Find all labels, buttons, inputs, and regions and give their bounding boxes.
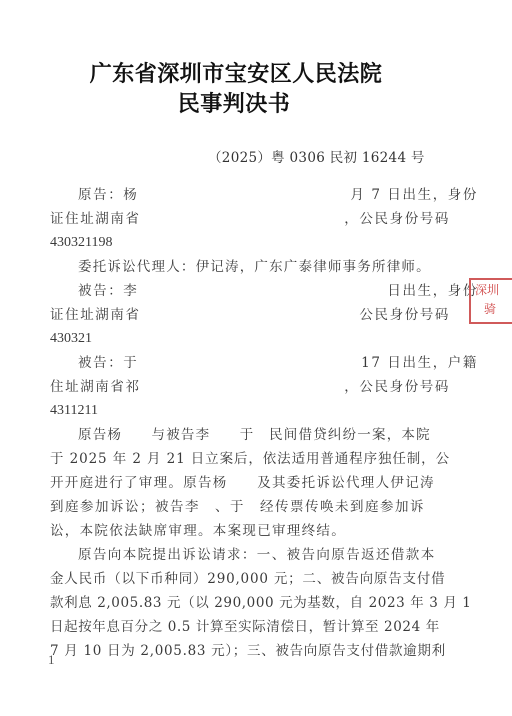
case-summary-line-1: 原告杨 与被告李 于 民间借贷纠纷一案，本院 [50, 424, 478, 446]
case-number: （2025）粤 0306 民初 16244 号 [208, 146, 425, 166]
case-summary-line-2: 于 2025 年 2 月 21 日立案后，依法适用普通程序独任制，公 [50, 448, 450, 470]
plaintiff-name: 原告：杨 [78, 187, 138, 203]
case-summary-line-3: 开开庭进行了审理。原告杨 及其委托诉讼代理人伊记涛 [50, 472, 450, 494]
defendant1-birth: 日出生，身份 [387, 280, 478, 302]
stamp-text-1: 深圳 [475, 283, 512, 298]
plaintiff-id-label: ，公民身份号码 [344, 208, 450, 230]
claims-line-3: 款利息 2,005.83 元（以 290,000 元为基数，自 2023 年 3… [50, 592, 450, 614]
plaintiff-address: 证住址湖南省 [50, 211, 141, 227]
defendant1-address: 证住址湖南省 [50, 307, 141, 323]
claims-line-5: 7 月 10 日为 2,005.83 元）；三、被告向原告支付借款逾期利 [50, 640, 450, 662]
case-summary-line-5: 讼，本院依法缺席审理。本案现已审理终结。 [50, 520, 450, 542]
document-type-title: 民事判决书 [0, 87, 490, 118]
page-number: 1 [48, 652, 55, 668]
plaintiff-line-2: 证住址湖南省 ，公民身份号码 [50, 208, 450, 230]
court-title: 广东省深圳市宝安区人民法院 [0, 57, 492, 88]
defendant2-name: 被告：于 [78, 355, 138, 371]
defendant1-id-label: 公民身份号码 [359, 304, 450, 326]
defendant2-id-number: 4311211 [50, 400, 450, 422]
plaintiff-line-1: 原告：杨 月 7 日出生，身份 [50, 184, 478, 206]
claims-line-2: 金人民币（以下币种同）290,000 元；二、被告向原告支付借 [50, 568, 450, 590]
claims-line-1: 原告向本院提出诉讼请求：一、被告向原告返还借款本 [50, 544, 478, 566]
claims-line-4: 日起按年息百分之 0.5 计算至实际清偿日，暂计算至 2024 年 [50, 616, 450, 638]
agent-line: 委托诉讼代理人：伊记涛，广东广泰律师事务所律师。 [50, 256, 478, 278]
defendant2-line-2: 住址湖南省祁 ，公民身份号码 [50, 376, 450, 398]
defendant2-line-1: 被告：于 17 日出生，户籍 [50, 352, 478, 374]
defendant2-id-label: ，公民身份号码 [344, 376, 450, 398]
defendant1-id-number: 430321 [50, 328, 450, 350]
stamp-text-2: 骑 [475, 302, 512, 317]
plaintiff-id-number: 430321198 [50, 232, 450, 254]
plaintiff-birth: 月 7 日出生，身份 [350, 184, 478, 206]
defendant1-line-2: 证住址湖南省 公民身份号码 [50, 304, 450, 326]
defendant1-name: 被告：李 [78, 283, 138, 299]
case-summary-line-4: 到庭参加诉讼；被告李 、于 经传票传唤未到庭参加诉 [50, 496, 450, 518]
defendant1-line-1: 被告：李 日出生，身份 [50, 280, 478, 302]
defendant2-birth: 17 日出生，户籍 [361, 352, 478, 374]
court-seal-stamp: 深圳 骑 [469, 278, 512, 324]
defendant2-address: 住址湖南省祁 [50, 379, 141, 395]
